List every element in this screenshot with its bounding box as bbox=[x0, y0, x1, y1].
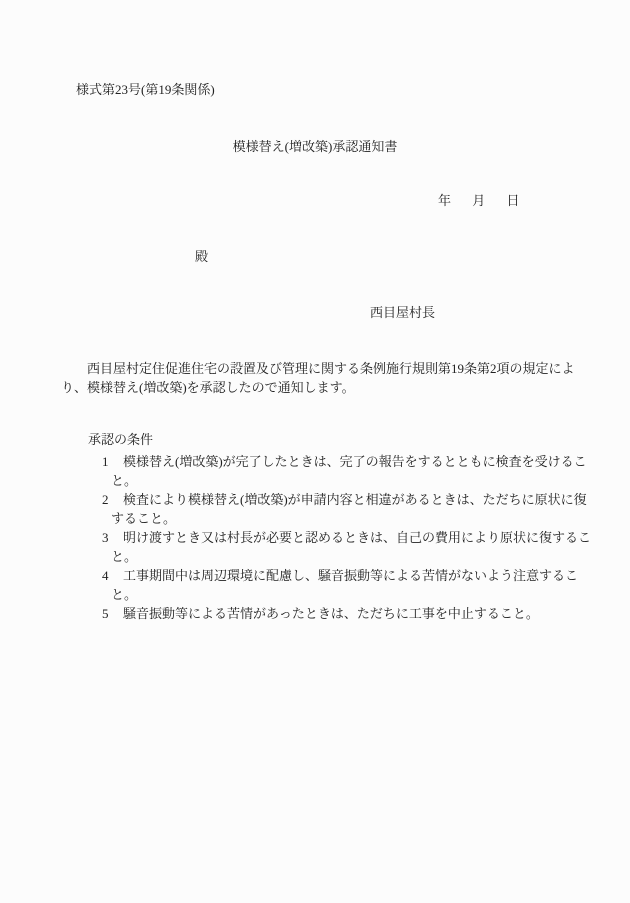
condition-item-4-continuation: と。 bbox=[61, 585, 581, 604]
date-line: 年 月 日 bbox=[438, 191, 520, 210]
condition-item-2-text: 検査により模様替え(増改築)が申請内容と相違があるときは、ただちに原状に復 bbox=[123, 492, 587, 507]
condition-item-3-text: 明け渡すとき又は村長が必要と認めるときは、自己の費用により原状に復するこ bbox=[123, 530, 591, 545]
condition-item-1-text: 模様替え(増改築)が完了したときは、完了の報告をするとともに検査を受けるこ bbox=[123, 454, 587, 469]
body-paragraph-line: り、模様替え(増改築)を承認したので通知します。 bbox=[61, 378, 581, 397]
condition-item-1: 1模様替え(増改築)が完了したときは、完了の報告をするとともに検査を受けるこ bbox=[61, 452, 581, 471]
body-paragraph-line: 西目屋村定住促進住宅の設置及び管理に関する条例施行規則第19条第2項の規定によ bbox=[61, 359, 581, 378]
sender-name: 西目屋村長 bbox=[370, 303, 435, 322]
condition-item-4-number: 4 bbox=[102, 566, 123, 585]
condition-item-5-number: 5 bbox=[102, 604, 123, 623]
date-year-label: 年 bbox=[438, 193, 451, 208]
condition-item-4: 4工事期間中は周辺環境に配慮し、騒音振動等による苦情がないよう注意するこ bbox=[61, 566, 581, 585]
condition-item-1-number: 1 bbox=[102, 452, 123, 471]
document-page: 様式第23号(第19条関係) 模様替え(増改築)承認通知書 年 月 日 殿 西目… bbox=[0, 0, 630, 903]
condition-item-5: 5騒音振動等による苦情があったときは、ただちに工事を中止すること。 bbox=[61, 604, 581, 623]
condition-item-2-continuation: すること。 bbox=[61, 509, 581, 528]
date-month-label: 月 bbox=[472, 193, 485, 208]
condition-item-3: 3明け渡すとき又は村長が必要と認めるときは、自己の費用により原状に復するこ bbox=[61, 528, 581, 547]
condition-item-2-number: 2 bbox=[102, 490, 123, 509]
conditions-heading: 承認の条件 bbox=[61, 430, 581, 449]
condition-item-2: 2検査により模様替え(増改築)が申請内容と相違があるときは、ただちに原状に復 bbox=[61, 490, 581, 509]
condition-item-3-continuation: と。 bbox=[61, 547, 581, 566]
date-day-label: 日 bbox=[507, 193, 520, 208]
addressee-honorific: 殿 bbox=[195, 247, 208, 266]
condition-item-1-continuation: と。 bbox=[61, 471, 581, 490]
form-number: 様式第23号(第19条関係) bbox=[76, 80, 215, 99]
document-title: 模様替え(増改築)承認通知書 bbox=[0, 137, 630, 156]
condition-item-5-text: 騒音振動等による苦情があったときは、ただちに工事を中止すること。 bbox=[123, 606, 539, 621]
condition-item-4-text: 工事期間中は周辺環境に配慮し、騒音振動等による苦情がないよう注意するこ bbox=[123, 568, 578, 583]
conditions-section: 承認の条件 1模様替え(増改築)が完了したときは、完了の報告をするとともに検査を… bbox=[61, 430, 581, 623]
body-paragraph: 西目屋村定住促進住宅の設置及び管理に関する条例施行規則第19条第2項の規定によ … bbox=[61, 359, 581, 397]
condition-item-3-number: 3 bbox=[102, 528, 123, 547]
